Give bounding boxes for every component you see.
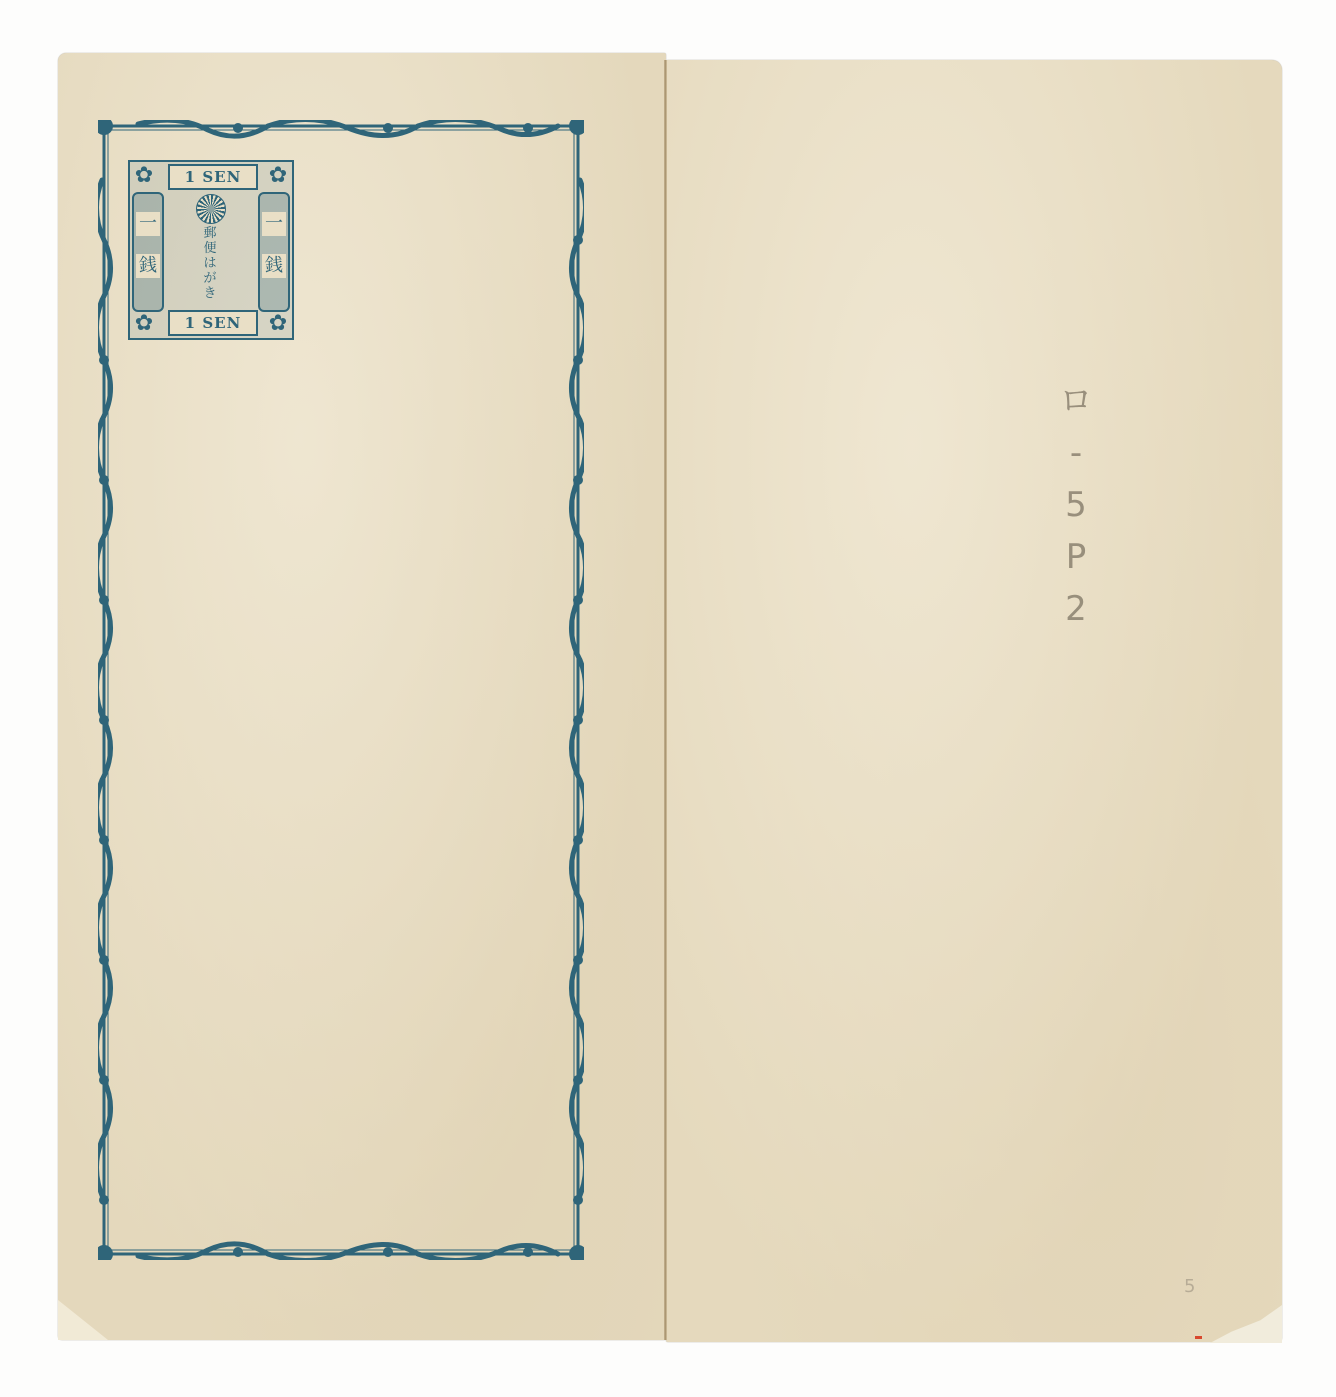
flower-icon: ✿ bbox=[264, 310, 292, 338]
center-fold bbox=[664, 60, 667, 1340]
pencil-annotation: ロ - 5 P 2 bbox=[1056, 375, 1096, 635]
stamp-left-char-1: 一 bbox=[136, 212, 160, 236]
stamp-right-panel: 一 銭 bbox=[258, 192, 290, 312]
pencil-char: ロ bbox=[1056, 375, 1096, 427]
stamp-right-char-2: 銭 bbox=[262, 254, 286, 278]
red-speck bbox=[1195, 1336, 1202, 1339]
pencil-char: P bbox=[1056, 531, 1096, 583]
stamp-value-bottom: 1 SEN bbox=[168, 310, 258, 336]
stamp-center-text: 郵便はがき bbox=[200, 226, 220, 301]
pencil-char: 2 bbox=[1056, 583, 1096, 635]
stamp-right-char-1: 一 bbox=[262, 212, 286, 236]
corner-pencil-mark: 5 bbox=[1184, 1276, 1195, 1297]
stamp-value-top: 1 SEN bbox=[168, 164, 258, 190]
imprinted-stamp: ✿ ✿ ✿ ✿ 1 SEN 1 SEN 一 銭 一 銭 郵便はがき bbox=[128, 160, 294, 340]
flower-icon: ✿ bbox=[130, 162, 158, 190]
right-panel bbox=[666, 60, 1282, 1342]
pencil-char: 5 bbox=[1056, 479, 1096, 531]
flower-icon: ✿ bbox=[130, 310, 158, 338]
stamp-left-panel: 一 銭 bbox=[132, 192, 164, 312]
chrysanthemum-icon bbox=[196, 194, 226, 224]
pencil-char: - bbox=[1056, 427, 1096, 479]
flower-icon: ✿ bbox=[264, 162, 292, 190]
stamp-left-char-2: 銭 bbox=[136, 254, 160, 278]
stamp-center: 郵便はがき bbox=[166, 192, 256, 308]
